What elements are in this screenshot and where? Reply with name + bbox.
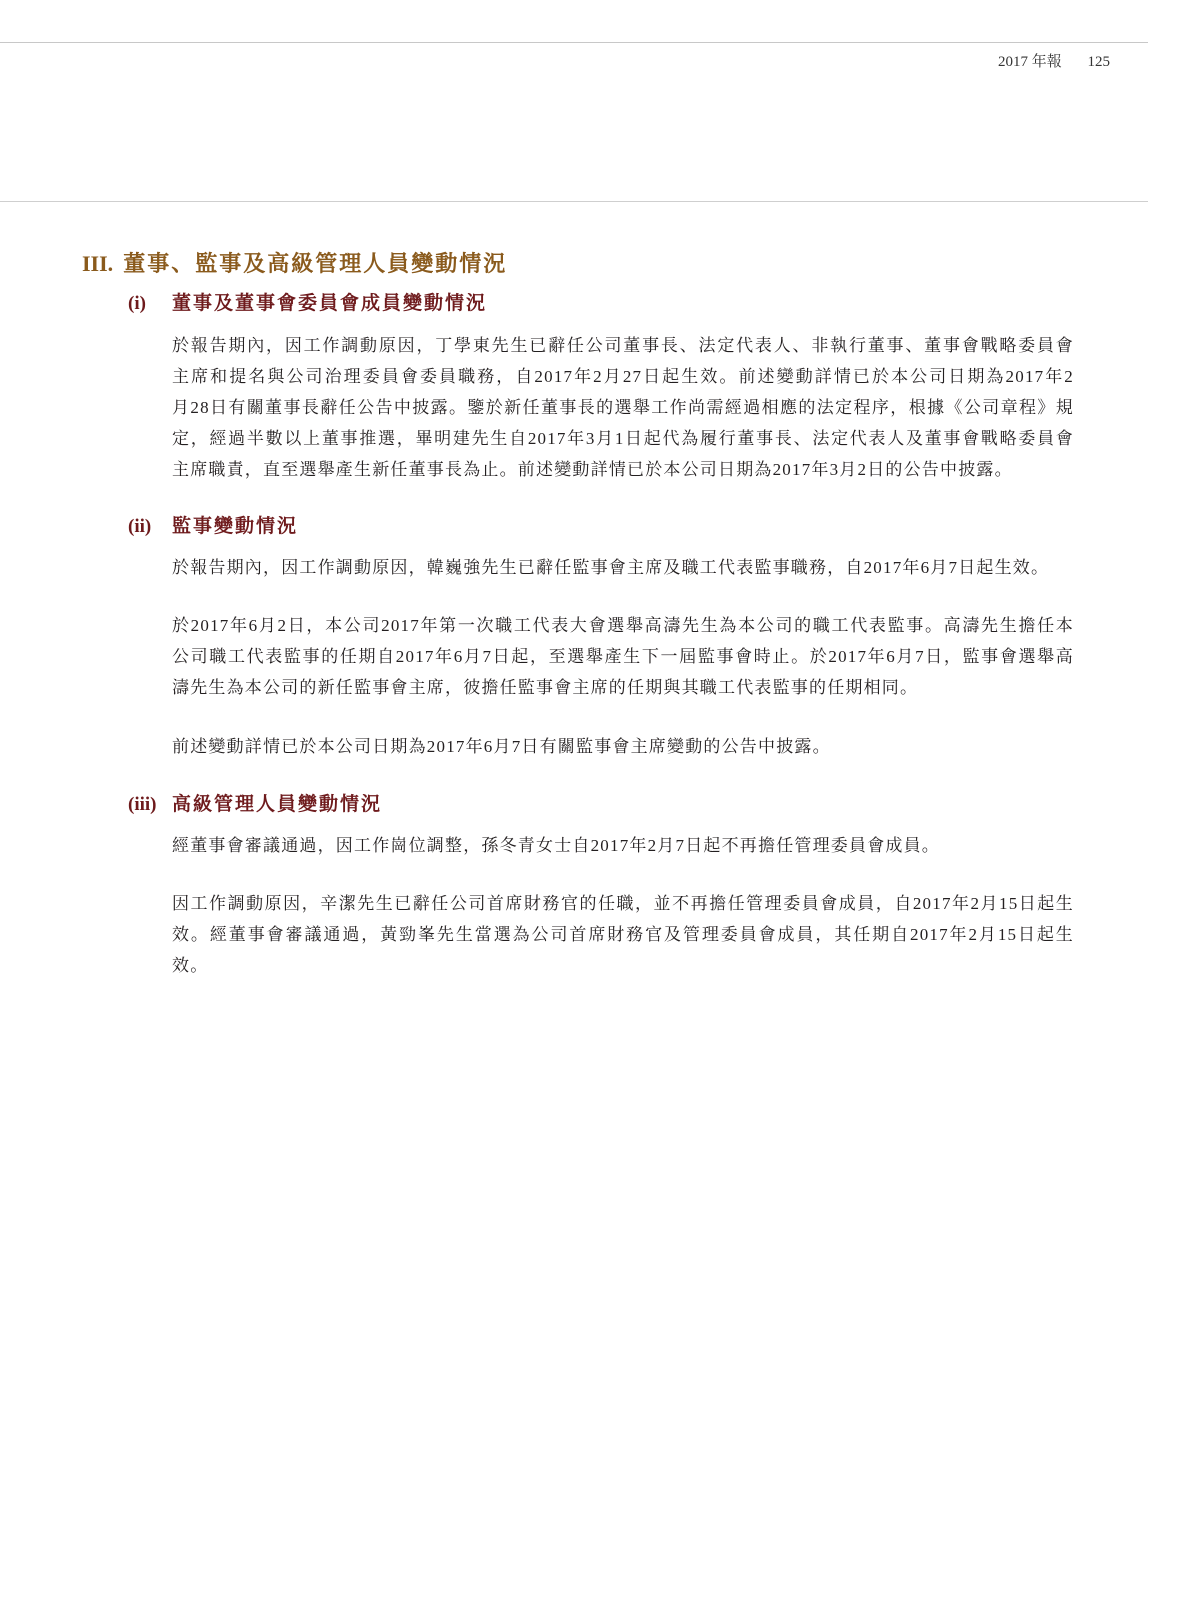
text-line: 效。經董事會審議通過，黃勁峯先生當選為公司首席財務官及管理委員會成員，其任期自2…: [172, 919, 1074, 950]
subsection-title-text: 高級管理人員變動情況: [172, 794, 382, 815]
running-header: 2017 年報 125: [998, 50, 1110, 71]
paragraph-cfo-change: 因工作調動原因，辛潔先生已辭任公司首席財務官的任職，並不再擔任管理委員會成員，自…: [172, 888, 1074, 981]
subsection-heading-directors: (i)董事及董事會委員會成員變動情況: [128, 288, 487, 315]
text-line: 主席和提名與公司治理委員會委員職務，自2017年2月27日起生效。前述變動詳情已…: [172, 361, 1074, 392]
paragraph-supervisor-resignation: 於報告期內，因工作調動原因，韓巍強先生已辭任監事會主席及職工代表監事職務，自20…: [172, 552, 1074, 583]
subsection-heading-supervisors: (ii)監事變動情況: [128, 511, 298, 538]
subsection-title-text: 董事及董事會委員會成員變動情況: [172, 293, 487, 314]
text-line: 於2017年6月2日，本公司2017年第一次職工代表大會選舉高濤先生為本公司的職…: [172, 610, 1074, 641]
text-line: 定，經過半數以上董事推選，畢明建先生自2017年3月1日起代為履行董事長、法定代…: [172, 423, 1074, 454]
subsection-title-text: 監事變動情況: [172, 516, 298, 537]
text-line: 經董事會審議通過，因工作崗位調整，孫冬青女士自2017年2月7日起不再擔任管理委…: [172, 830, 1074, 861]
text-line: 前述變動詳情已於本公司日期為2017年6月7日有關監事會主席變動的公告中披露。: [172, 731, 1074, 762]
text-line: 公司職工代表監事的任期自2017年6月7日起，至選舉產生下一屆監事會時止。於20…: [172, 641, 1074, 672]
header-rule: [0, 42, 1148, 43]
paragraph-supervisor-disclosure: 前述變動詳情已於本公司日期為2017年6月7日有關監事會主席變動的公告中披露。: [172, 731, 1074, 762]
section-number: III.: [82, 251, 113, 276]
text-line: 因工作調動原因，辛潔先生已辭任公司首席財務官的任職，並不再擔任管理委員會成員，自…: [172, 888, 1074, 919]
paragraph-supervisor-election: 於2017年6月2日，本公司2017年第一次職工代表大會選舉高濤先生為本公司的職…: [172, 610, 1074, 703]
paragraph-directors-changes: 於報告期內，因工作調動原因，丁學東先生已辭任公司董事長、法定代表人、非執行董事、…: [172, 330, 1074, 485]
subsection-number: (ii): [128, 516, 172, 538]
text-line: 濤先生為本公司的新任監事會主席，彼擔任監事會主席的任期與其職工代表監事的任期相同…: [172, 672, 1074, 703]
text-line: 於報告期內，因工作調動原因，韓巍強先生已辭任監事會主席及職工代表監事職務，自20…: [172, 552, 1074, 583]
text-line: 月28日有關董事長辭任公告中披露。鑒於新任董事長的選舉工作尚需經過相應的法定程序…: [172, 392, 1074, 423]
text-line: 於報告期內，因工作調動原因，丁學東先生已辭任公司董事長、法定代表人、非執行董事、…: [172, 330, 1074, 361]
subsection-number: (i): [128, 293, 172, 315]
text-line: 主席職責，直至選舉產生新任董事長為止。前述變動詳情已於本公司日期為2017年3月…: [172, 454, 1074, 485]
text-line: 效。: [172, 950, 1074, 981]
section-title-text: 董事、監事及高級管理人員變動情況: [123, 251, 507, 276]
section-divider-rule: [0, 201, 1148, 202]
subsection-number: (iii): [128, 794, 172, 816]
page-number: 125: [1088, 54, 1111, 70]
report-year-label: 2017 年報: [998, 54, 1062, 70]
subsection-heading-senior-management: (iii)高級管理人員變動情況: [128, 789, 382, 816]
section-heading: III.董事、監事及高級管理人員變動情況: [82, 247, 507, 278]
paragraph-management-committee-change: 經董事會審議通過，因工作崗位調整，孫冬青女士自2017年2月7日起不再擔任管理委…: [172, 830, 1074, 861]
